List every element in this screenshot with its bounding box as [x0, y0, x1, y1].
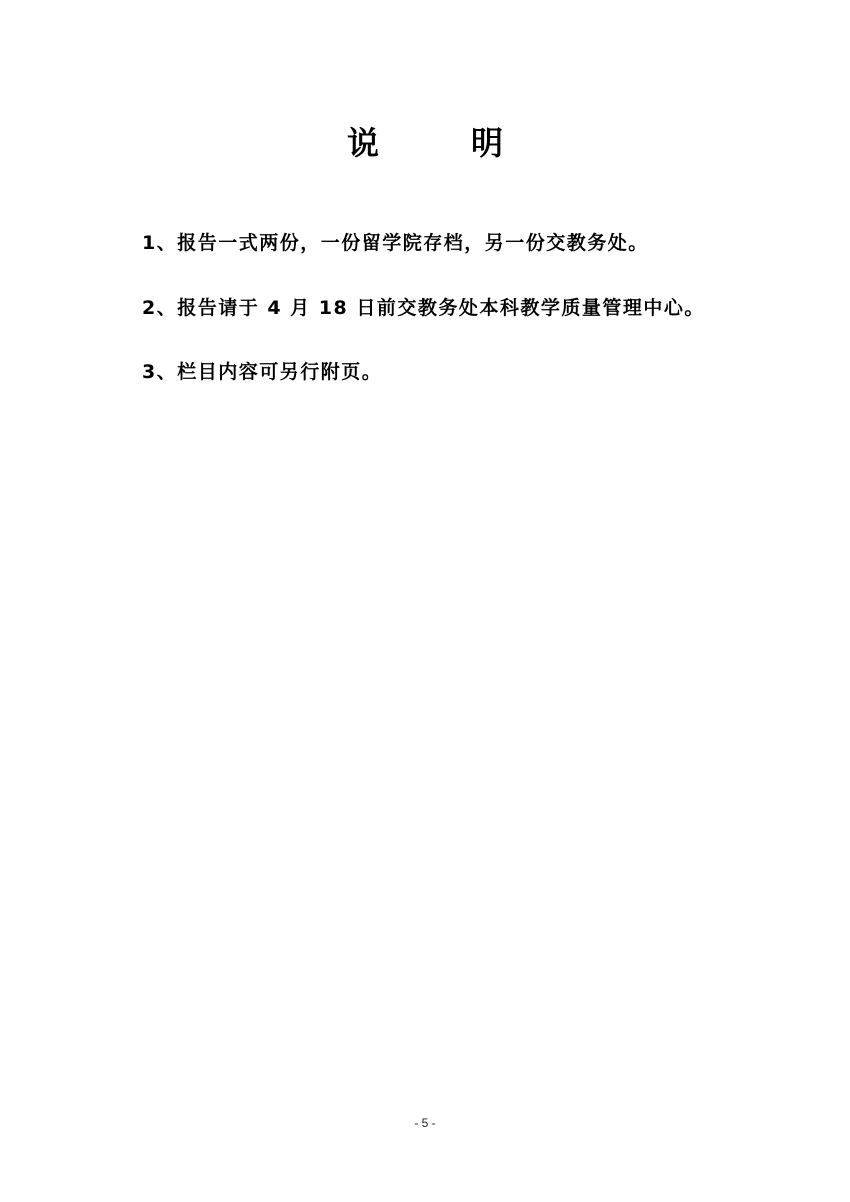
title-char-2: 明 [471, 118, 503, 168]
document-page: 说明 1、报告一式两份，一份留学院存档，另一份交教务处。 2、报告请于 4 月 … [0, 0, 850, 1202]
instruction-item-1: 1、报告一式两份，一份留学院存档，另一份交教务处。 [142, 228, 649, 258]
instruction-item-2: 2、报告请于 4 月 18 日前交教务处本科教学质量管理中心。 [142, 293, 705, 323]
title-char-1: 说 [347, 118, 379, 168]
page-number: - 5 - [0, 1116, 850, 1130]
instruction-item-3: 3、栏目内容可另行附页。 [142, 357, 382, 387]
page-title: 说明 [0, 118, 850, 168]
